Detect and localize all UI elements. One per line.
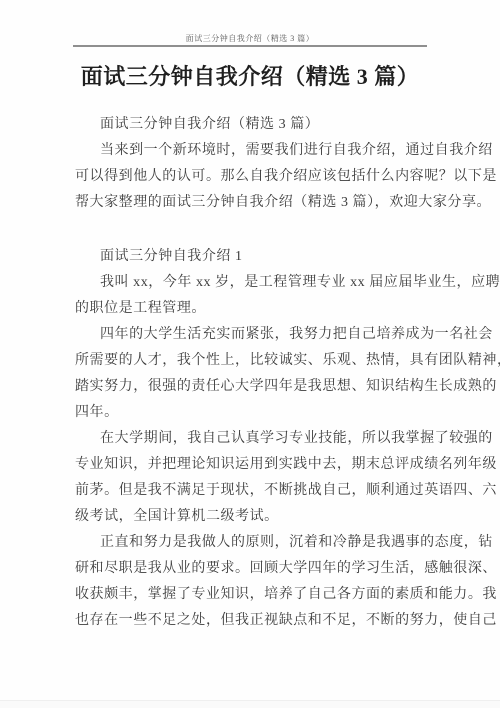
text-line: 四年。 [75,400,429,426]
section-1: 面试三分钟自我介绍 1 我叫 xx，今年 xx 岁，是工程管理专业 xx 届应届… [75,244,429,634]
text-line: 前茅。但是我不满足于现状，不断挑战自己，顺利通过英语四、六 [75,478,429,504]
text-line: 正直和努力是我做人的原则，沉着和冷静是我遇事的态度，钻 [75,530,429,556]
text-line: 专业知识，并把理论知识运用到实践中去，期末总评成绩名列年级 [75,452,429,478]
text-line: 面试三分钟自我介绍（精选 3 篇） [75,112,429,138]
text-line: 四年的大学生活充实而紧张，我努力把自己培养成为一名社会 [75,322,429,348]
text-line: 可以得到他人的认可。那么自我介绍应该包括什么内容呢？以下是 [75,164,429,190]
text-line: 研和尽职是我从业的要求。回顾大学四年的学习生活，感触很深、 [75,556,429,582]
text-line: 帮大家整理的面试三分钟自我介绍（精选 3 篇），欢迎大家分享。 [75,190,429,216]
text-line: 的职位是工程管理。 [75,296,429,322]
page-title: 面试三分钟自我介绍（精选 3 篇） [0,60,500,91]
section-heading: 面试三分钟自我介绍 1 [75,244,429,270]
text-line: 也存在一些不足之处，但我正视缺点和不足，不断的努力，使自己 [75,608,429,634]
intro-paragraph: 面试三分钟自我介绍（精选 3 篇） 当来到一个新环境时，需要我们进行自我介绍，通… [75,112,429,216]
text-line: 收获颇丰，掌握了专业知识，培养了自己各方面的素质和能力。我 [75,582,429,608]
running-header: 面试三分钟自我介绍（精选 3 篇） [0,33,500,44]
text-line: 在大学期间，我自己认真学习专业技能，所以我掌握了较强的 [75,426,429,452]
text-line: 当来到一个新环境时，需要我们进行自我介绍，通过自我介绍 [75,138,429,164]
document-page: 面试三分钟自我介绍（精选 3 篇） 面试三分钟自我介绍（精选 3 篇） 面试三分… [0,0,500,708]
text-line: 踏实努力，很强的责任心大学四年是我思想、知识结构生长成熟的 [75,374,429,400]
header-divider [73,45,427,47]
text-line: 级考试，全国计算机二级考试。 [75,504,429,530]
page-bottom-edge [0,700,500,708]
text-line: 所需要的人才，我个性上，比较诚实、乐观、热情，具有团队精神， [75,348,429,374]
text-line: 我叫 xx，今年 xx 岁，是工程管理专业 xx 届应届毕业生，应聘 [75,270,429,296]
